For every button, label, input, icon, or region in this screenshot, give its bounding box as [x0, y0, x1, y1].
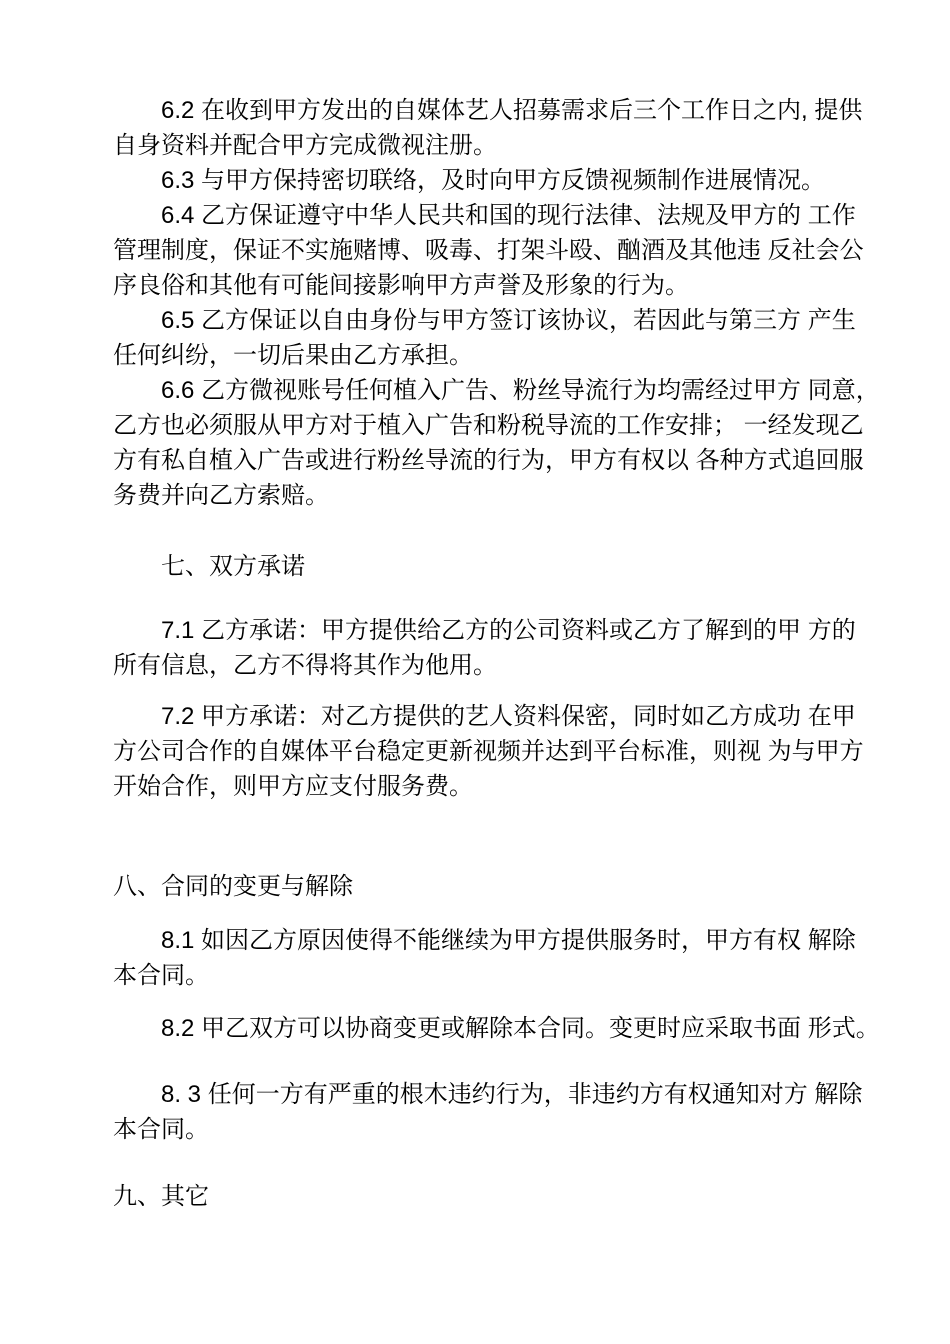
clause-7-2-line-3: 开始合作，则甲方应支付服务费。	[113, 769, 850, 804]
clause-8-3: 8. 3 任何一方有严重的根木违约行为，非违约方有权通知对方 解除 本合同。	[113, 1077, 850, 1147]
clause-6-2-line-1: 6.2 在收到甲方发出的自媒体艺人招募需求后三个工作日之内, 提供	[113, 93, 850, 128]
clause-7-1-line-2: 所有信息，乙方不得将其作为他用。	[113, 648, 850, 683]
clause-6-5-line-2: 任何纠纷，一切后果由乙方承担。	[113, 338, 850, 373]
clause-6-4-line-2: 管理制度，保证不实施赌博、吸毒、打架斗殴、酗酒及其他违 反社会公	[113, 233, 850, 268]
clause-6-6-line-4: 务费并向乙方索赔。	[113, 478, 850, 513]
clause-7-1: 7.1 乙方承诺：甲方提供给乙方的公司资料或乙方了解到的甲 方的 所有信息，乙方…	[113, 613, 850, 683]
section-7-heading: 七、双方承诺	[113, 549, 850, 584]
clause-6-4-line-1: 6.4 乙方保证遵守中华人民共和国的现行法律、法规及甲方的 工作	[113, 198, 850, 233]
clause-6-3: 6.3 与甲方保持密切联络，及时向甲方反馈视频制作进展情况。	[113, 163, 850, 198]
clause-6-2: 6.2 在收到甲方发出的自媒体艺人招募需求后三个工作日之内, 提供 自身资料并配…	[113, 93, 850, 163]
clause-6-5: 6.5 乙方保证以自由身份与甲方签订该协议，若因此与第三方 产生 任何纠纷，一切…	[113, 303, 850, 373]
document-page: 6.2 在收到甲方发出的自媒体艺人招募需求后三个工作日之内, 提供 自身资料并配…	[0, 0, 950, 1344]
clause-8-2: 8.2 甲乙双方可以协商变更或解除本合同。变更时应采取书面 形式。	[113, 1011, 850, 1046]
clause-7-2-line-2: 方公司合作的自媒体平台稳定更新视频并达到平台标准，则视 为与甲方	[113, 734, 850, 769]
clause-6-5-line-1: 6.5 乙方保证以自由身份与甲方签订该协议，若因此与第三方 产生	[113, 303, 850, 338]
clause-6-6: 6.6 乙方微视账号任何植入广告、粉丝导流行为均需经过甲方 同意， 乙方也必须服…	[113, 373, 850, 513]
clause-6-4: 6.4 乙方保证遵守中华人民共和国的现行法律、法规及甲方的 工作 管理制度，保证…	[113, 198, 850, 303]
clause-8-1-line-1: 8.1 如因乙方原因使得不能继续为甲方提供服务时，甲方有权 解除	[113, 923, 850, 958]
clause-7-1-line-1: 7.1 乙方承诺：甲方提供给乙方的公司资料或乙方了解到的甲 方的	[113, 613, 850, 648]
clause-6-6-line-1: 6.6 乙方微视账号任何植入广告、粉丝导流行为均需经过甲方 同意，	[113, 373, 850, 408]
contract-body: 6.2 在收到甲方发出的自媒体艺人招募需求后三个工作日之内, 提供 自身资料并配…	[0, 0, 950, 1214]
clause-8-2-line-1: 8.2 甲乙双方可以协商变更或解除本合同。变更时应采取书面 形式。	[113, 1011, 850, 1046]
clause-6-6-line-2: 乙方也必须服从甲方对于植入广告和粉税导流的工作安排； 一经发现乙	[113, 408, 850, 443]
clause-8-3-line-2: 本合同。	[113, 1112, 850, 1147]
clause-6-3-line-1: 6.3 与甲方保持密切联络，及时向甲方反馈视频制作进展情况。	[113, 163, 850, 198]
clause-6-2-line-2: 自身资料并配合甲方完成微视注册。	[113, 128, 850, 163]
clause-6-6-line-3: 方有私自植入广告或进行粉丝导流的行为，甲方有权以 各种方式追回服	[113, 443, 850, 478]
clause-7-2: 7.2 甲方承诺：对乙方提供的艺人资料保密，同时如乙方成功 在甲 方公司合作的自…	[113, 699, 850, 804]
clause-7-2-line-1: 7.2 甲方承诺：对乙方提供的艺人资料保密，同时如乙方成功 在甲	[113, 699, 850, 734]
clause-6-4-line-3: 序良俗和其他有可能间接影响甲方声誉及形象的行为。	[113, 268, 850, 303]
clause-8-1: 8.1 如因乙方原因使得不能继续为甲方提供服务时，甲方有权 解除 本合同。	[113, 923, 850, 993]
section-9-heading: 九、其它	[113, 1179, 850, 1214]
clause-8-1-line-2: 本合同。	[113, 958, 850, 993]
section-8-heading: 八、合同的变更与解除	[113, 869, 850, 904]
clause-8-3-line-1: 8. 3 任何一方有严重的根木违约行为，非违约方有权通知对方 解除	[113, 1077, 850, 1112]
